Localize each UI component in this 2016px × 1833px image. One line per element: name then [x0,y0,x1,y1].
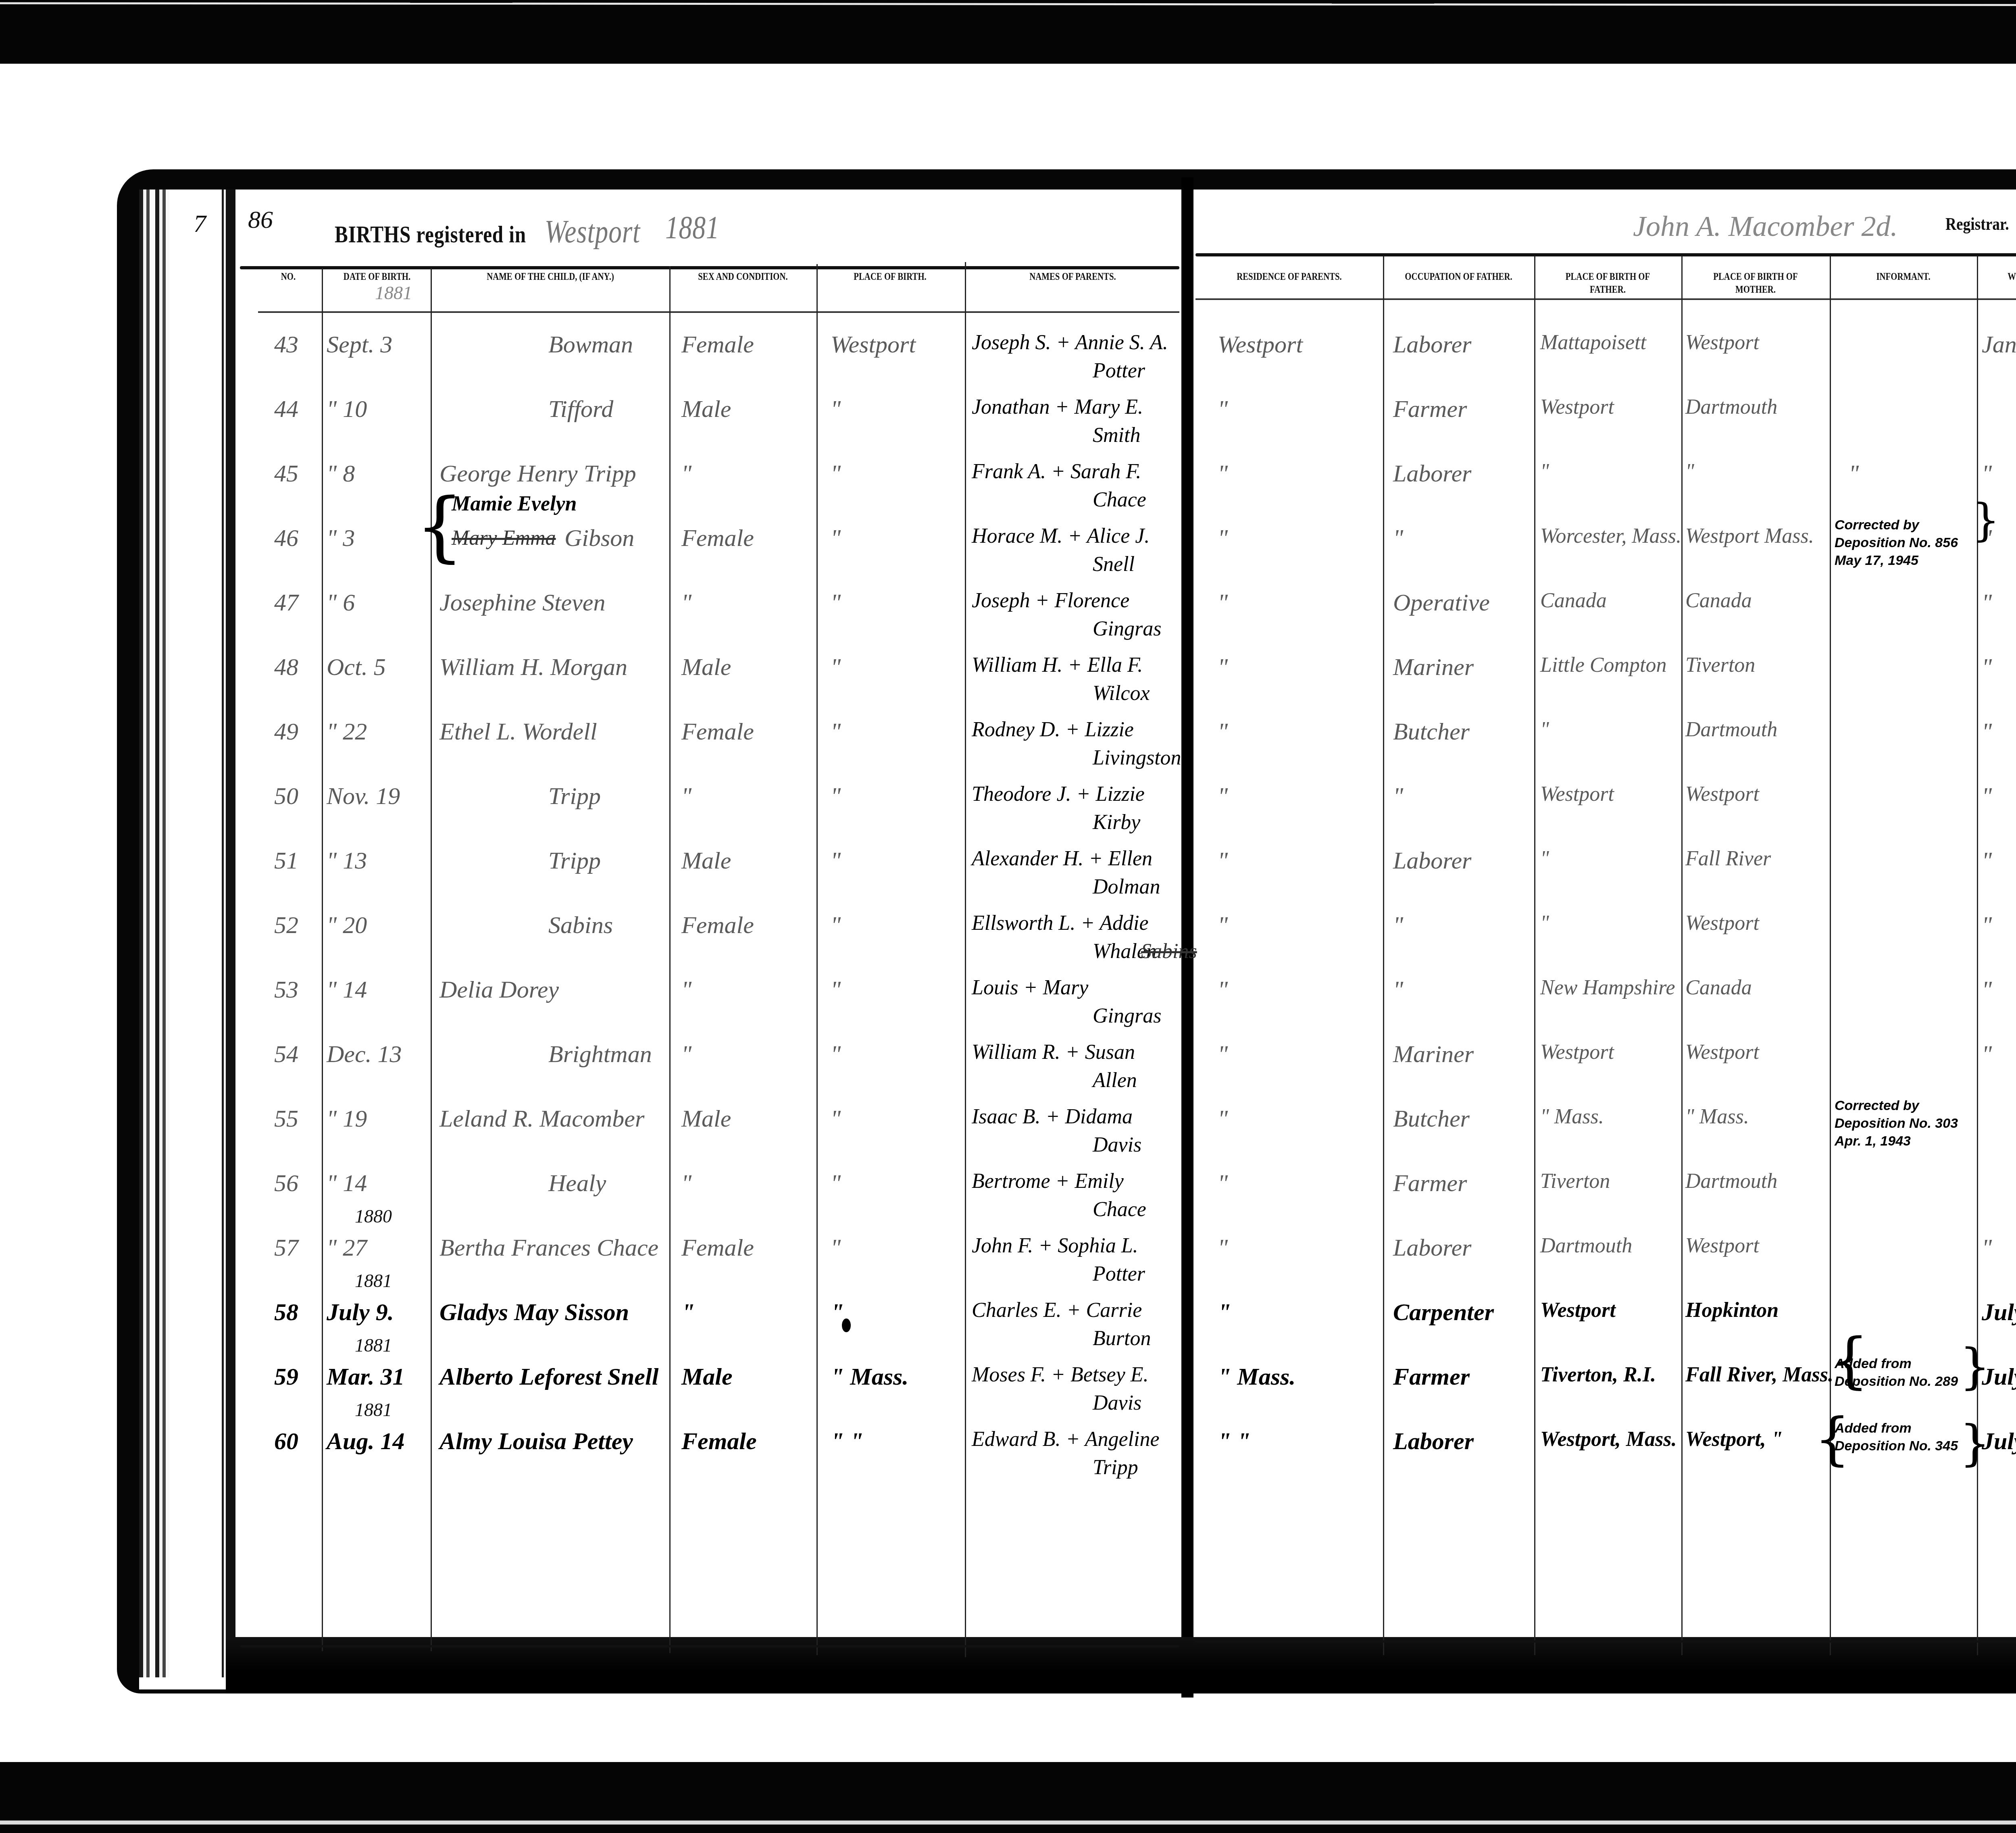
cell-place: " " [831,1427,864,1455]
header-top-rule-right [1195,253,2016,256]
cell-when-registered: " [1982,460,1992,487]
column-header-sex: SEX AND CONDITION. [684,270,802,283]
cell-parents: Horace M. + Alice J. [972,524,1150,548]
cell-parents: Theodore J. + Lizzie [972,782,1145,806]
cell-child: Ethel L. Wordell [439,718,597,746]
cell-place: " [831,1234,841,1262]
cell-date: " 19 [327,1105,367,1133]
cell-child: Bertha Frances Chace [439,1234,658,1262]
cell-child: Alberto Leforest Snell [439,1363,658,1391]
cell-child: William H. Morgan [439,653,627,681]
cell-occupation: Mariner [1393,653,1474,681]
cell-parents-surname: Livingston [1093,746,1181,770]
cell-pob-father: Westport [1540,1040,1614,1064]
cell-place: " [831,1169,841,1197]
cell-sex: Male [681,847,731,875]
cell-parents: Charles E. + Carrie [972,1298,1142,1322]
cell-no: 56 [274,1169,298,1197]
cell-place: " Mass. [831,1363,908,1391]
cell-residence: " [1218,718,1228,746]
cell-sex: Female [681,524,754,552]
cell-occupation: Mariner [1393,1040,1474,1068]
cell-place: " [831,782,841,810]
cell-when-registered: July 22. 1884 [1982,1298,2016,1326]
column-header-place: PLACE OF BIRTH. [831,270,949,283]
cell-occupation: Operative [1393,589,1490,617]
table-row: 47" 6Josephine Steven""Joseph + Florence… [0,577,2016,641]
cell-occupation: Farmer [1393,1169,1467,1197]
cell-no: 53 [274,976,298,1004]
cell-child: Tifford [548,395,613,423]
cell-parents-surname: Gingras [1093,1004,1161,1028]
column-header-informant: INFORMANT. [1845,270,1962,283]
cell-parents-surname: Gingras [1093,617,1161,641]
table-row: 51" 13TrippMale"Alexander H. + EllenDolm… [0,835,2016,899]
cell-parents: William H. + Ella F. [972,653,1143,677]
cell-no: 43 [274,331,298,358]
cell-child: Leland R. Macomber [439,1105,644,1133]
column-header-child: NAME OF THE CHILD, (IF ANY.) [455,270,646,283]
cell-occupation: Carpenter [1393,1298,1494,1326]
cell-parents: William R. + Susan [972,1040,1135,1064]
cell-date: Aug. 14 [327,1427,404,1455]
cell-pob-father: Westport [1540,395,1614,419]
cell-sex: Female [681,911,754,939]
cell-pob-father: Tiverton, R.I. [1540,1363,1656,1387]
correction-brace: { [415,488,464,564]
cell-sex: " [681,976,691,1004]
cell-residence: " [1218,976,1228,1004]
cell-pob-father: " [1540,847,1549,871]
table-row: 55" 19Leland R. MacomberMale"Isaac B. + … [0,1093,2016,1157]
cell-place: " [831,589,841,617]
column-header-pob-father: PLACE OF BIRTH OF FATHER. [1549,270,1667,296]
cell-place: " [831,460,841,487]
cell-parents-surname: Snell [1093,552,1135,576]
cell-date: July 9. [327,1298,394,1326]
column-header-when-registered: WHEN REGISTERED. [1992,270,2016,283]
cell-pob-mother: Westport [1685,1040,1759,1064]
cell-parents: John F. + Sophia L. [972,1234,1138,1258]
cell-occupation: " [1393,524,1403,552]
note-brace: } [1960,1419,1990,1468]
cell-when-registered: " [1982,782,1992,810]
cell-place: " [831,1040,841,1068]
cell-date: " 10 [327,395,367,423]
cell-when-registered: " [1982,911,1992,939]
table-row: 54Dec. 13Brightman""William R. + SusanAl… [0,1028,2016,1093]
cell-no: 58 [274,1298,298,1326]
table-row: 571880" 27Bertha Frances ChaceFemale"Joh… [0,1222,2016,1286]
cell-parents: Edward B. + Angeline [972,1427,1160,1451]
cell-pob-father: Westport [1540,782,1614,806]
cell-pob-mother: Dartmouth [1685,395,1777,419]
cell-parents: Joseph + Florence [972,589,1129,612]
column-header-parents: NAMES OF PARENTS. [987,270,1159,283]
cell-no: 51 [274,847,298,875]
cell-place: " [831,911,841,939]
cell-parents-struck: Sabins [1141,939,1197,963]
cell-child: George Henry Tripp [439,460,636,487]
cell-pob-mother: " [1685,460,1694,483]
cell-occupation: Butcher [1393,718,1470,746]
table-row: 581881July 9.Gladys May Sisson""Charles … [0,1286,2016,1351]
page-number: 86 [248,206,273,234]
cell-residence: " [1218,589,1228,617]
cell-parents-surname: Davis [1093,1391,1141,1415]
cell-child: Brightman [548,1040,652,1068]
registrar-label: Registrar. [1945,214,2009,234]
cell-occupation: Laborer [1393,1427,1474,1455]
column-header-residence: RESIDENCE OF PARENTS. [1214,270,1364,283]
registrar-signature: John A. Macomber 2d. [1633,210,1898,243]
note-brace: { [1814,1411,1850,1468]
cell-place: " [831,395,841,423]
cell-no: 50 [274,782,298,810]
note-brace: } [1972,498,2000,542]
cell-residence: " [1218,847,1228,875]
cell-informant-note: Added from Deposition No. 345 [1835,1419,1980,1455]
cell-parents-surname: Allen [1093,1069,1137,1092]
scan-top-border [0,0,2016,64]
column-header-occupation: OCCUPATION OF FATHER. [1398,270,1519,283]
cell-child: Almy Louisa Pettey [439,1427,633,1455]
cell-residence: " [1218,911,1228,939]
cell-child-struck: Mary Emma [452,526,556,550]
table-row: 46" 3Mamie EvelynMary EmmaGibsonFemale"H… [0,512,2016,577]
cell-residence: " [1218,653,1228,681]
title-prefix: BIRTHS registered in [335,221,526,248]
cell-parents-surname: Dolman [1093,875,1160,899]
cell-pob-mother: Westport Mass. [1685,524,1814,548]
cell-date-year: 1881 [355,1270,392,1291]
table-row: 43Sept. 3BowmanFemaleWestportJoseph S. +… [0,319,2016,383]
cell-when-registered: " [1982,976,1992,1004]
cell-pob-mother: Tiverton [1685,653,1755,677]
cell-pob-father: " [1540,460,1549,483]
cell-date: Dec. 13 [327,1040,402,1068]
cell-parents-surname: Potter [1093,1262,1145,1286]
cell-place: " [831,847,841,875]
cell-no: 44 [274,395,298,423]
cell-pob-mother: Dartmouth [1685,1169,1777,1193]
cell-sex: Male [681,1105,731,1133]
cell-parents-surname: Tripp [1093,1456,1138,1479]
cell-place: " [831,1105,841,1133]
cell-pob-father: Worcester, Mass. [1540,524,1681,548]
page-number-outer: 7 [194,210,206,238]
cell-pob-father: Dartmouth [1540,1234,1632,1258]
town-name: Westport [545,214,640,250]
cell-child: Healy [548,1169,606,1197]
cell-date-year: 1880 [355,1206,392,1227]
cell-parents-surname: Burton [1093,1327,1151,1350]
cell-no: 48 [274,653,298,681]
cell-residence: " " [1218,1427,1251,1455]
cell-pob-father: " Mass. [1540,1105,1604,1129]
cell-residence: " [1218,395,1228,423]
cell-parents: Bertrome + Emily [972,1169,1124,1193]
table-row: 48Oct. 5William H. MorganMale"William H.… [0,641,2016,706]
cell-date: " 22 [327,718,367,746]
table-row: 49" 22Ethel L. WordellFemale"Rodney D. +… [0,706,2016,770]
cell-date: Oct. 5 [327,653,386,681]
cell-parents: Ellsworth L. + Addie [972,911,1149,935]
cell-parents-surname: Davis [1093,1133,1141,1157]
cell-parents-surname: Kirby [1093,810,1140,834]
header-bottom-rule-right [1195,298,2016,300]
table-row: 50Nov. 19Tripp""Theodore J. + LizzieKirb… [0,770,2016,835]
cell-sex: Female [681,1427,757,1455]
cell-sex: Male [681,395,731,423]
cell-informant-note: Corrected by Deposition No. 856 May 17, … [1835,516,1980,569]
table-row: 45" 8George Henry Tripp""Frank A. + Sara… [0,448,2016,512]
cell-child: Gladys May Sisson [439,1298,629,1326]
cell-no: 49 [274,718,298,746]
cell-date: " 8 [327,460,355,487]
register-year: 1881 [665,210,719,246]
cell-pob-mother: Westport [1685,782,1759,806]
column-header-no: NO. [264,270,312,283]
note-brace: { [1831,1331,1869,1391]
cell-pob-father: " [1540,718,1549,742]
cell-parents: Jonathan + Mary E. [972,395,1143,419]
cell-child: Delia Dorey [439,976,559,1004]
column-header-pob-mother: PLACE OF BIRTH OF MOTHER. [1696,270,1815,296]
cell-child: Bowman [548,331,633,358]
cell-no: 45 [274,460,298,487]
cell-pob-mother: Fall River [1685,847,1771,871]
cell-residence: " [1218,460,1228,487]
cell-parents: Rodney D. + Lizzie [972,718,1134,742]
cell-residence: " [1218,1040,1228,1068]
cell-informant-note: Corrected by Deposition No. 303 Apr. 1, … [1835,1097,1980,1150]
cell-occupation: " [1393,782,1403,810]
cell-pob-mother: Fall River, Mass. [1685,1363,1833,1387]
cell-date: " 14 [327,1169,367,1197]
cell-date: " 27 [327,1234,367,1262]
cell-date: " 13 [327,847,367,875]
cell-pob-father: Tiverton [1540,1169,1610,1193]
cell-sex: " [681,782,691,810]
page-title: BIRTHS registered in Westport 1881 [335,214,640,250]
cell-pob-mother: Westport, " [1685,1427,1783,1451]
cell-occupation: Laborer [1393,847,1471,875]
cell-parents: Isaac B. + Didama [972,1105,1133,1129]
cell-occupation: Laborer [1393,331,1471,358]
cell-residence: " [1218,1169,1228,1197]
cell-residence: " [1218,1105,1228,1133]
cell-date-year: 1881 [355,1399,392,1421]
cell-residence: " [1218,1298,1231,1326]
cell-when-registered: " [1982,1234,1992,1262]
cell-pob-father: Little Compton [1540,653,1666,677]
scan-bottom-edge-line [0,1821,2016,1825]
cell-parents: Louis + Mary [972,976,1088,1000]
cell-residence: " [1218,524,1228,552]
table-row: 53" 14Delia Dorey""Louis + MaryGingras""… [0,964,2016,1028]
table-row: 56" 14Healy""Bertrome + EmilyChace"Farme… [0,1157,2016,1222]
cell-child: Tripp [548,782,601,810]
cell-pob-mother: " Mass. [1685,1105,1749,1129]
cell-occupation: Laborer [1393,1234,1471,1262]
cell-sex: " [681,589,691,617]
cell-when-registered: Jan. 26. 1882 [1982,331,2016,358]
table-row: 591881Mar. 31Alberto Leforest SnellMale"… [0,1351,2016,1415]
cell-sex: Male [681,653,731,681]
cell-sex: " [681,1040,691,1068]
cell-parents: Frank A. + Sarah F. [972,460,1141,483]
cell-sex: Female [681,718,754,746]
cell-sex: Male [681,1363,733,1391]
cell-date: " 3 [327,524,355,552]
cell-when-registered: " [1982,653,1992,681]
cell-pob-father: Westport [1540,1298,1616,1322]
cell-residence: Westport [1218,331,1303,358]
cell-pob-father: New Hampshire [1540,976,1675,1000]
cell-parents: Alexander H. + Ellen [972,847,1152,871]
cell-occupation: Butcher [1393,1105,1470,1133]
cell-parents-surname: Potter [1093,359,1145,383]
cell-place: " [831,653,841,681]
cell-pob-mother: Canada [1685,589,1752,612]
cell-child: Josephine Steven [439,589,605,617]
cell-date: " 14 [327,976,367,1004]
cell-when-registered: " [1982,718,1992,746]
cell-pob-father: Mattapoisett [1540,331,1646,354]
cell-no: 54 [274,1040,298,1068]
cell-date: Mar. 31 [327,1363,404,1391]
cell-place: " [831,976,841,1004]
cell-when-registered: " [1982,1040,1992,1068]
cell-parents-surname: Smith [1093,423,1140,447]
cell-no: 59 [274,1363,298,1391]
cell-place: " [831,524,841,552]
table-row: 44" 10TiffordMale"Jonathan + Mary E.Smit… [0,383,2016,448]
cell-child-correction: Mamie Evelyn [452,492,577,516]
cell-no: 55 [274,1105,298,1133]
column-header-date: DATE OF BIRTH. [333,270,421,283]
note-brace: } [1960,1343,1990,1391]
cell-sex: " [681,1169,691,1197]
cell-residence: " [1218,1234,1228,1262]
cell-pob-mother: Westport [1685,911,1759,935]
cell-date-year: 1881 [355,1335,392,1356]
cell-pob-mother: Canada [1685,976,1752,1000]
cell-occupation: Farmer [1393,395,1467,423]
cell-occupation: " [1393,911,1403,939]
cell-sex: Female [681,1234,754,1262]
cell-no: 52 [274,911,298,939]
cell-when-registered: " [1982,589,1992,617]
cell-residence: " Mass. [1218,1363,1295,1391]
cell-place: Westport [831,331,916,358]
cell-no: 57 [274,1234,298,1262]
cell-parents-surname: Wilcox [1093,681,1150,705]
cell-residence: " [1218,782,1228,810]
table-row: 601881Aug. 14Almy Louisa PetteyFemale" "… [0,1415,2016,1480]
cell-date: Nov. 19 [327,782,400,810]
cell-occupation: " [1393,976,1403,1004]
cell-date: Sept. 3 [327,331,392,358]
cell-parents: Moses F. + Betsey E. [972,1363,1148,1387]
cell-sex: Female [681,331,754,358]
cell-date: " 6 [327,589,355,617]
ink-blot [842,1319,851,1332]
cell-sex: " [681,460,691,487]
header-bottom-rule-left [258,311,1179,313]
cell-pob-mother: Dartmouth [1685,718,1777,742]
cell-pob-mother: Hopkinton [1685,1298,1779,1322]
cell-pob-mother: Westport [1685,331,1759,354]
cell-occupation: Laborer [1393,460,1471,487]
header-year-note: 1881 [375,282,412,304]
cell-pob-father: Canada [1540,589,1607,612]
cell-occupation: Farmer [1393,1363,1470,1391]
cell-no: 47 [274,589,298,617]
cell-place: " [831,718,841,746]
cell-no: 60 [274,1427,298,1455]
cell-when-registered: " [1982,847,1992,875]
cell-pob-father: Westport, Mass. [1540,1427,1677,1451]
cell-date: " 20 [327,911,367,939]
header-top-rule-left [240,266,1179,269]
cell-parents-surname: Chace [1093,1198,1146,1221]
footer-rule-left [240,1645,1179,1648]
cell-pob-father: " [1540,911,1549,935]
cell-pob-mother: Westport [1685,1234,1759,1258]
cell-child: Tripp [548,847,601,875]
cell-parents: Joseph S. + Annie S. A. [972,331,1168,354]
cell-parents-surname: Chace [1093,488,1146,512]
table-row: 52" 20SabinsFemale"Ellsworth L. + AddieW… [0,899,2016,964]
cell-child: Sabins [548,911,613,939]
cell-sex: " [681,1298,695,1326]
cell-informant: " [1849,460,1859,487]
cell-child: Gibson [564,524,634,552]
cell-no: 46 [274,524,298,552]
footer-rule-right [1195,1640,2016,1643]
